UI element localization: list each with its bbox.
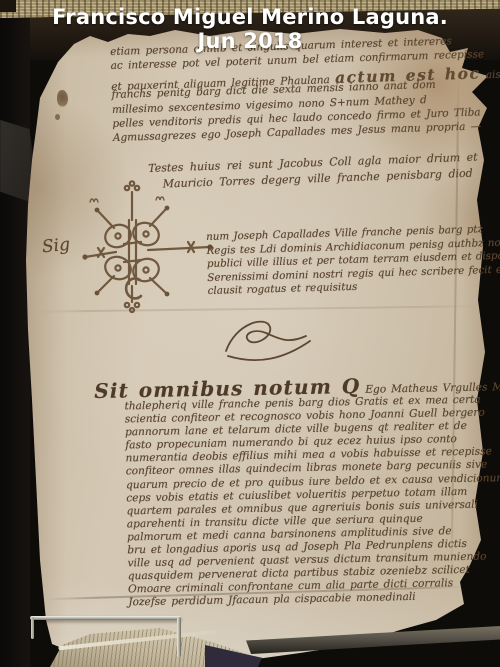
notary-attestation: num Joseph Capallades Ville franche peni… [206, 222, 500, 299]
paper-stain [57, 90, 68, 107]
manuscript-photo: etiam persona omnib et singulis quarum i… [0, 0, 500, 667]
stand-wire-vertical [177, 617, 181, 657]
background-left-shade [0, 0, 30, 667]
stand-wire-horizontal [30, 616, 181, 620]
sig-word: Sig [41, 235, 71, 258]
main-deed-paragraph: Sit omnibus notum Q Ego Matheus Vrgulles… [94, 371, 500, 610]
stand-wire-left-leg [31, 617, 34, 639]
notarial-sign-icon [80, 178, 215, 313]
line-fragment: ais [486, 69, 500, 81]
photo-caption: Francisco Miguel Merino Laguna. Jun 2018 [30, 5, 470, 53]
fabric-corner-shadow [0, 0, 16, 12]
paper-stain-dot [55, 114, 60, 120]
paraph-flourish-icon [218, 313, 318, 365]
